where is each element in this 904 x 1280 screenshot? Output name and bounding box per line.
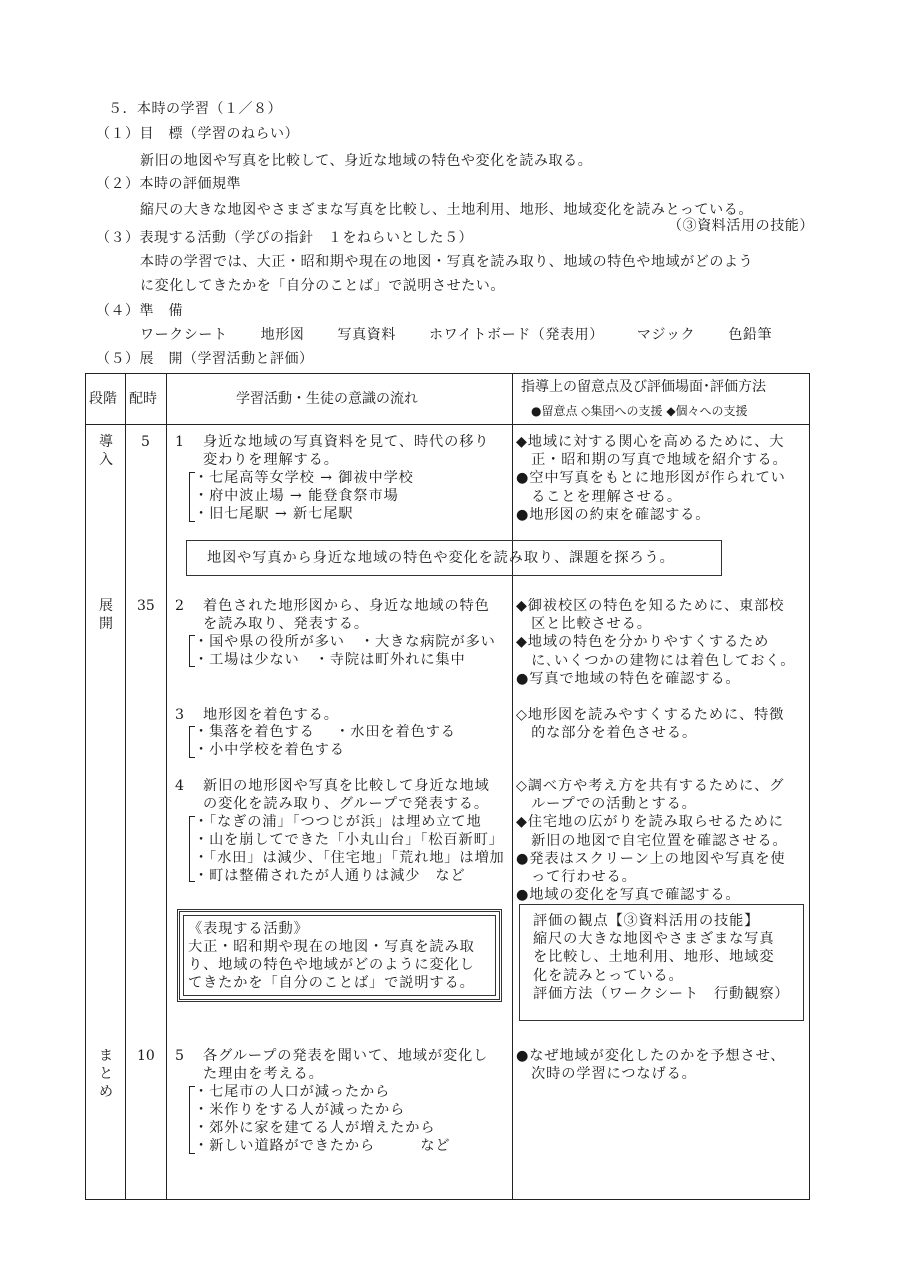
activity-5-item: ・郊外に家を建てる人が増えたから <box>194 1119 435 1137</box>
criteria-heading: （２）本時の評価規準 <box>96 175 241 193</box>
column-divider <box>125 373 126 1200</box>
stage-summary: まとめ <box>96 1047 116 1101</box>
activity-4-item: ・町は整備されたが人通りは減少 など <box>194 867 466 885</box>
activity-4-line-2: の変化を読み取り、グループで発表する。 <box>203 795 489 813</box>
activity-2-line-2: を読み取り、発表する。 <box>203 615 369 633</box>
column-divider <box>166 373 167 1200</box>
activity-2-number: 2 <box>175 597 185 615</box>
expression-box-line: り、地域の特色や地域がどのように変化し <box>188 956 475 974</box>
activity-3-line-1: 地形図を着色する。 <box>203 706 339 724</box>
activity-5-line-1: 各グループの発表を聞いて、地域が変化し <box>203 1047 488 1065</box>
activity-4-item: ・「なぎの浦」「つつじが浜」は埋め立て地 <box>194 813 482 831</box>
expression-box-line: 大正・昭和期や現在の地図・写真を読み取 <box>188 938 475 956</box>
expression-box-title: 《表現する活動》 <box>188 920 309 938</box>
guidance-block-4: ◇調べ方や考え方を共有するために、グ ループでの活動とする。 ◆住宅地の広がりを… <box>516 777 788 904</box>
expression-line-2: に変化してきたかを「自分のことば」で説明させたい。 <box>140 277 505 295</box>
header-divider <box>85 424 810 425</box>
activity-1-item: ・府中波止場 → 能登食祭市場 <box>194 487 399 505</box>
prep-item: マジック <box>637 327 695 343</box>
activity-4-item: ・「水田」は減少、「住宅地」「荒れ地」は増加 <box>194 849 505 867</box>
development-heading: （５）展 開（学習活動と評価） <box>96 350 314 368</box>
prep-item: ワークシート <box>140 327 228 343</box>
prep-items: ワークシート 地形図 写真資料 ホワイトボード（発表用） マジック 色鉛筆 <box>140 326 772 344</box>
section-title: ５．本時の学習（１／８） <box>108 100 282 118</box>
activity-4-line-1: 新旧の地形図や写真を比較して身近な地域 <box>203 777 490 795</box>
prep-item: 写真資料 <box>338 327 396 343</box>
guidance-block-2: ◆御祓校区の特色を知るために、東部校 区と比較させる。 ◆地域の特色を分かりやす… <box>516 597 795 688</box>
guidance-block-3: ◇地形図を読みやすくするために、特徴 的な部分を着色させる。 <box>516 706 784 742</box>
expression-box-line: てきたかを「自分のことば」で説明する。 <box>188 974 475 992</box>
activity-3-item: ・小中学校を着色する <box>194 741 345 759</box>
activity-3-item: ・集落を着色する ・水田を着色する <box>194 723 456 741</box>
header-time: 配時 <box>129 390 157 408</box>
activity-1-number: 1 <box>175 433 185 451</box>
header-activity: 学習活動・生徒の意識の流れ <box>236 390 418 408</box>
activity-5-item: ・米作りをする人が減ったから <box>194 1101 405 1119</box>
header-legend: ●留意点 ◇集団への支援 ◆個々への支援 <box>531 403 748 419</box>
expression-heading: （３）表現する活動（学びの指針 １をねらいとした５） <box>96 229 473 247</box>
evaluation-box-text: 評価の観点【③資料活用の技能】 縮尺の大きな地図やさまざまな写真 を比較し、土地… <box>533 912 790 1003</box>
activity-4-number: 4 <box>175 777 185 795</box>
column-divider <box>512 373 513 1200</box>
stage-development: 展開 <box>96 597 116 633</box>
activity-1-line-2: 変わりを理解する。 <box>203 451 339 469</box>
prep-heading: （４）準 備 <box>96 302 183 320</box>
guidance-block-5: ●なぜ地域が変化したのかを予想させ、 次時の学習につなげる。 <box>516 1047 785 1083</box>
criteria-note: （③資料活用の技能） <box>668 217 814 235</box>
header-stage: 段階 <box>89 390 117 408</box>
header-guidance: 指導上の留意点及び評価場面･評価方法 <box>521 378 766 396</box>
activity-1-item: ・七尾高等女学校 → 御祓中学校 <box>194 469 414 487</box>
prep-item: ホワイトボード（発表用） <box>429 327 604 343</box>
goal-heading: （１）目 標（学習のねらい） <box>96 125 299 143</box>
guidance-block-1: ◆地域に対する関心を高めるために、大 正・昭和期の写真で地域を紹介する。 ●空中… <box>516 433 788 524</box>
activity-5-item: ・七尾市の人口が減ったから <box>194 1083 390 1101</box>
activity-2-line-1: 着色された地形図から、身近な地域の特色 <box>203 597 490 615</box>
lesson-goal-box: 地図や写真から身近な地域の特色や変化を読み取り、課題を探ろう。 <box>186 540 722 576</box>
stage-summary-time: 10 <box>137 1047 155 1065</box>
prep-item: 色鉛筆 <box>728 327 772 343</box>
criteria-text: 縮尺の大きな地図やさまざまな写真を比較し、土地利用、地形、地域変化を読みとってい… <box>140 201 753 219</box>
activity-4-item: ・山を崩してできた「小丸山台」「松百新町」 <box>194 831 504 849</box>
stage-development-time: 35 <box>137 597 155 615</box>
activity-5-item: ・新しい道路ができたから など <box>194 1137 451 1155</box>
expression-line-1: 本時の学習では、大正・昭和期や現在の地図・写真を読み取り、地域の特色や地域がどの… <box>140 253 753 271</box>
activity-3-number: 3 <box>175 706 185 724</box>
activity-2-item: ・工場は少ない ・寺院は町外れに集中 <box>194 651 466 669</box>
goal-text: 新旧の地図や写真を比較して、身近な地域の特色や変化を読み取る。 <box>140 152 592 170</box>
stage-intro: 導入 <box>96 433 116 469</box>
activity-1-item: ・旧七尾駅 → 新七尾駅 <box>194 505 353 523</box>
activity-1-line-1: 身近な地域の写真資料を見て、時代の移り <box>203 433 489 451</box>
prep-item: 地形図 <box>261 327 305 343</box>
activity-5-number: 5 <box>175 1047 185 1065</box>
activity-2-item: ・国や県の役所が多い ・大きな病院が多い <box>194 633 496 651</box>
stage-intro-time: 5 <box>141 433 150 451</box>
activity-5-line-2: た理由を考える。 <box>203 1065 324 1083</box>
